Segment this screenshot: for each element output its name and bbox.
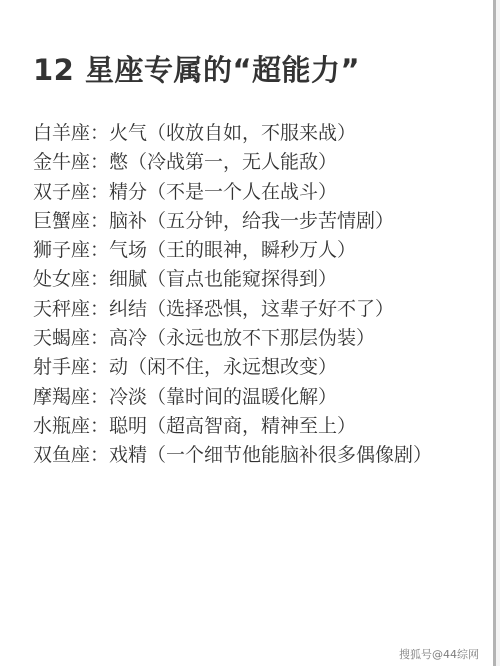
power-text: 气场（王的眼神，瞬秒万人）: [109, 239, 356, 261]
zodiac-power-list: 白羊座：火气（收放自如，不服来战） 金牛座：憋（冷战第一，无人能敌） 双子座：精…: [33, 119, 473, 471]
sign-name: 天秤座: [33, 298, 90, 320]
watermark: 搜狐号@44综网: [399, 646, 479, 662]
power-text: 聪明（超高智商，精神至上）: [109, 415, 356, 437]
list-item-capricorn: 摩羯座：冷淡（靠时间的温暖化解）: [33, 383, 473, 412]
power-text: 戏精（一个细节他能脑补很多偶像剧）: [109, 444, 432, 466]
list-item-gemini: 双子座：精分（不是一个人在战斗）: [33, 178, 473, 207]
list-item-cancer: 巨蟹座：脑补（五分钟，给我一步苦情剧）: [33, 207, 473, 236]
separator: ：: [90, 239, 109, 261]
power-text: 冷淡（靠时间的温暖化解）: [109, 386, 337, 408]
separator: ：: [90, 386, 109, 408]
sign-name: 射手座: [33, 356, 90, 378]
separator: ：: [90, 356, 109, 378]
separator: ：: [90, 122, 109, 144]
sign-name: 双子座: [33, 181, 90, 203]
sign-name: 水瓶座: [33, 415, 90, 437]
separator: ：: [90, 327, 109, 349]
power-text: 纠结（选择恐惧，这辈子好不了）: [109, 298, 394, 320]
sign-name: 摩羯座: [33, 386, 90, 408]
separator: ：: [90, 181, 109, 203]
list-item-scorpio: 天蝎座：高冷（永远也放不下那层伪装）: [33, 324, 473, 353]
separator: ：: [90, 151, 109, 173]
separator: ：: [90, 415, 109, 437]
power-text: 火气（收放自如，不服来战）: [109, 122, 356, 144]
document-page: 12 星座专属的“超能力” 白羊座：火气（收放自如，不服来战） 金牛座：憋（冷战…: [0, 0, 493, 666]
sign-name: 处女座: [33, 268, 90, 290]
power-text: 憋（冷战第一，无人能敌）: [109, 151, 337, 173]
sign-name: 狮子座: [33, 239, 90, 261]
power-text: 高冷（永远也放不下那层伪装）: [109, 327, 375, 349]
sign-name: 天蝎座: [33, 327, 90, 349]
page-edge-margin: [496, 0, 500, 666]
page-title: 12 星座专属的“超能力”: [33, 50, 360, 90]
list-item-sagittarius: 射手座：动（闲不住，永远想改变）: [33, 353, 473, 382]
separator: ：: [90, 298, 109, 320]
list-item-aries: 白羊座：火气（收放自如，不服来战）: [33, 119, 473, 148]
power-text: 精分（不是一个人在战斗）: [109, 181, 337, 203]
separator: ：: [90, 444, 109, 466]
sign-name: 白羊座: [33, 122, 90, 144]
sign-name: 双鱼座: [33, 444, 90, 466]
list-item-virgo: 处女座：细腻（盲点也能窥探得到）: [33, 265, 473, 294]
sign-name: 巨蟹座: [33, 210, 90, 232]
power-text: 动（闲不住，永远想改变）: [109, 356, 337, 378]
sign-name: 金牛座: [33, 151, 90, 173]
power-text: 脑补（五分钟，给我一步苦情剧）: [109, 210, 394, 232]
list-item-taurus: 金牛座：憋（冷战第一，无人能敌）: [33, 148, 473, 177]
list-item-aquarius: 水瓶座：聪明（超高智商，精神至上）: [33, 412, 473, 441]
list-item-pisces: 双鱼座：戏精（一个细节他能脑补很多偶像剧）: [33, 441, 473, 470]
power-text: 细腻（盲点也能窥探得到）: [109, 268, 337, 290]
list-item-libra: 天秤座：纠结（选择恐惧，这辈子好不了）: [33, 295, 473, 324]
list-item-leo: 狮子座：气场（王的眼神，瞬秒万人）: [33, 236, 473, 265]
separator: ：: [90, 210, 109, 232]
separator: ：: [90, 268, 109, 290]
